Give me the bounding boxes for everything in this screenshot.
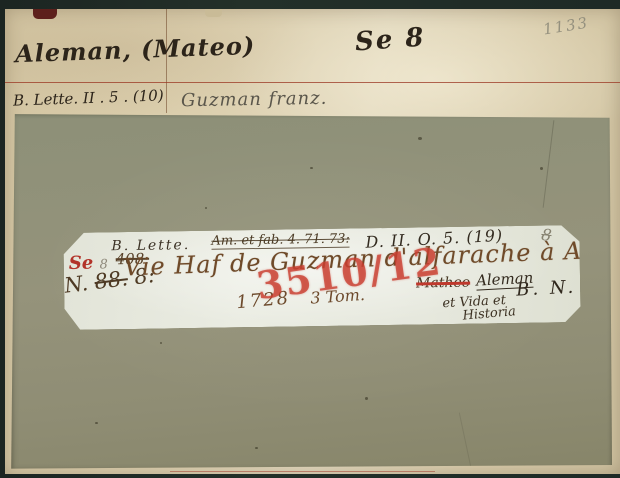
n-prefix: N.	[63, 271, 89, 298]
shelfmark-heading: Se 8	[354, 23, 426, 58]
speck	[95, 422, 98, 424]
crease-mark	[543, 120, 555, 207]
label-struck-word: Matheo	[416, 275, 470, 292]
catalog-card-scan: Aleman, (Mateo) Se 8 1133 B. Lette. II .…	[0, 0, 620, 478]
speck	[310, 167, 313, 169]
label-subtitle-line2: Historia	[462, 304, 516, 324]
pencil-annotation: Guzman franz.	[181, 88, 328, 112]
maroon-ink-blot	[33, 9, 57, 19]
pasted-catalog-label: B. Lette. Am. et fab. 4. 71. 73: D. II. …	[63, 225, 580, 330]
speck	[255, 447, 258, 449]
author-heading: Aleman, (Mateo)	[15, 31, 256, 68]
red-ruled-line	[5, 82, 620, 83]
speck	[160, 342, 162, 344]
speck	[540, 167, 543, 170]
paper-edge-notch	[205, 9, 222, 17]
card-paper: Aleman, (Mateo) Se 8 1133 B. Lette. II .…	[5, 9, 620, 474]
crease-mark	[459, 413, 472, 472]
classmark-left: B. Lette. II . 5 . (10)	[13, 86, 164, 109]
speck	[205, 207, 207, 209]
red-ruled-line-bottom	[170, 471, 435, 472]
speck	[365, 397, 368, 400]
pencil-folio-number: 1133	[542, 13, 590, 38]
speck	[418, 137, 422, 140]
